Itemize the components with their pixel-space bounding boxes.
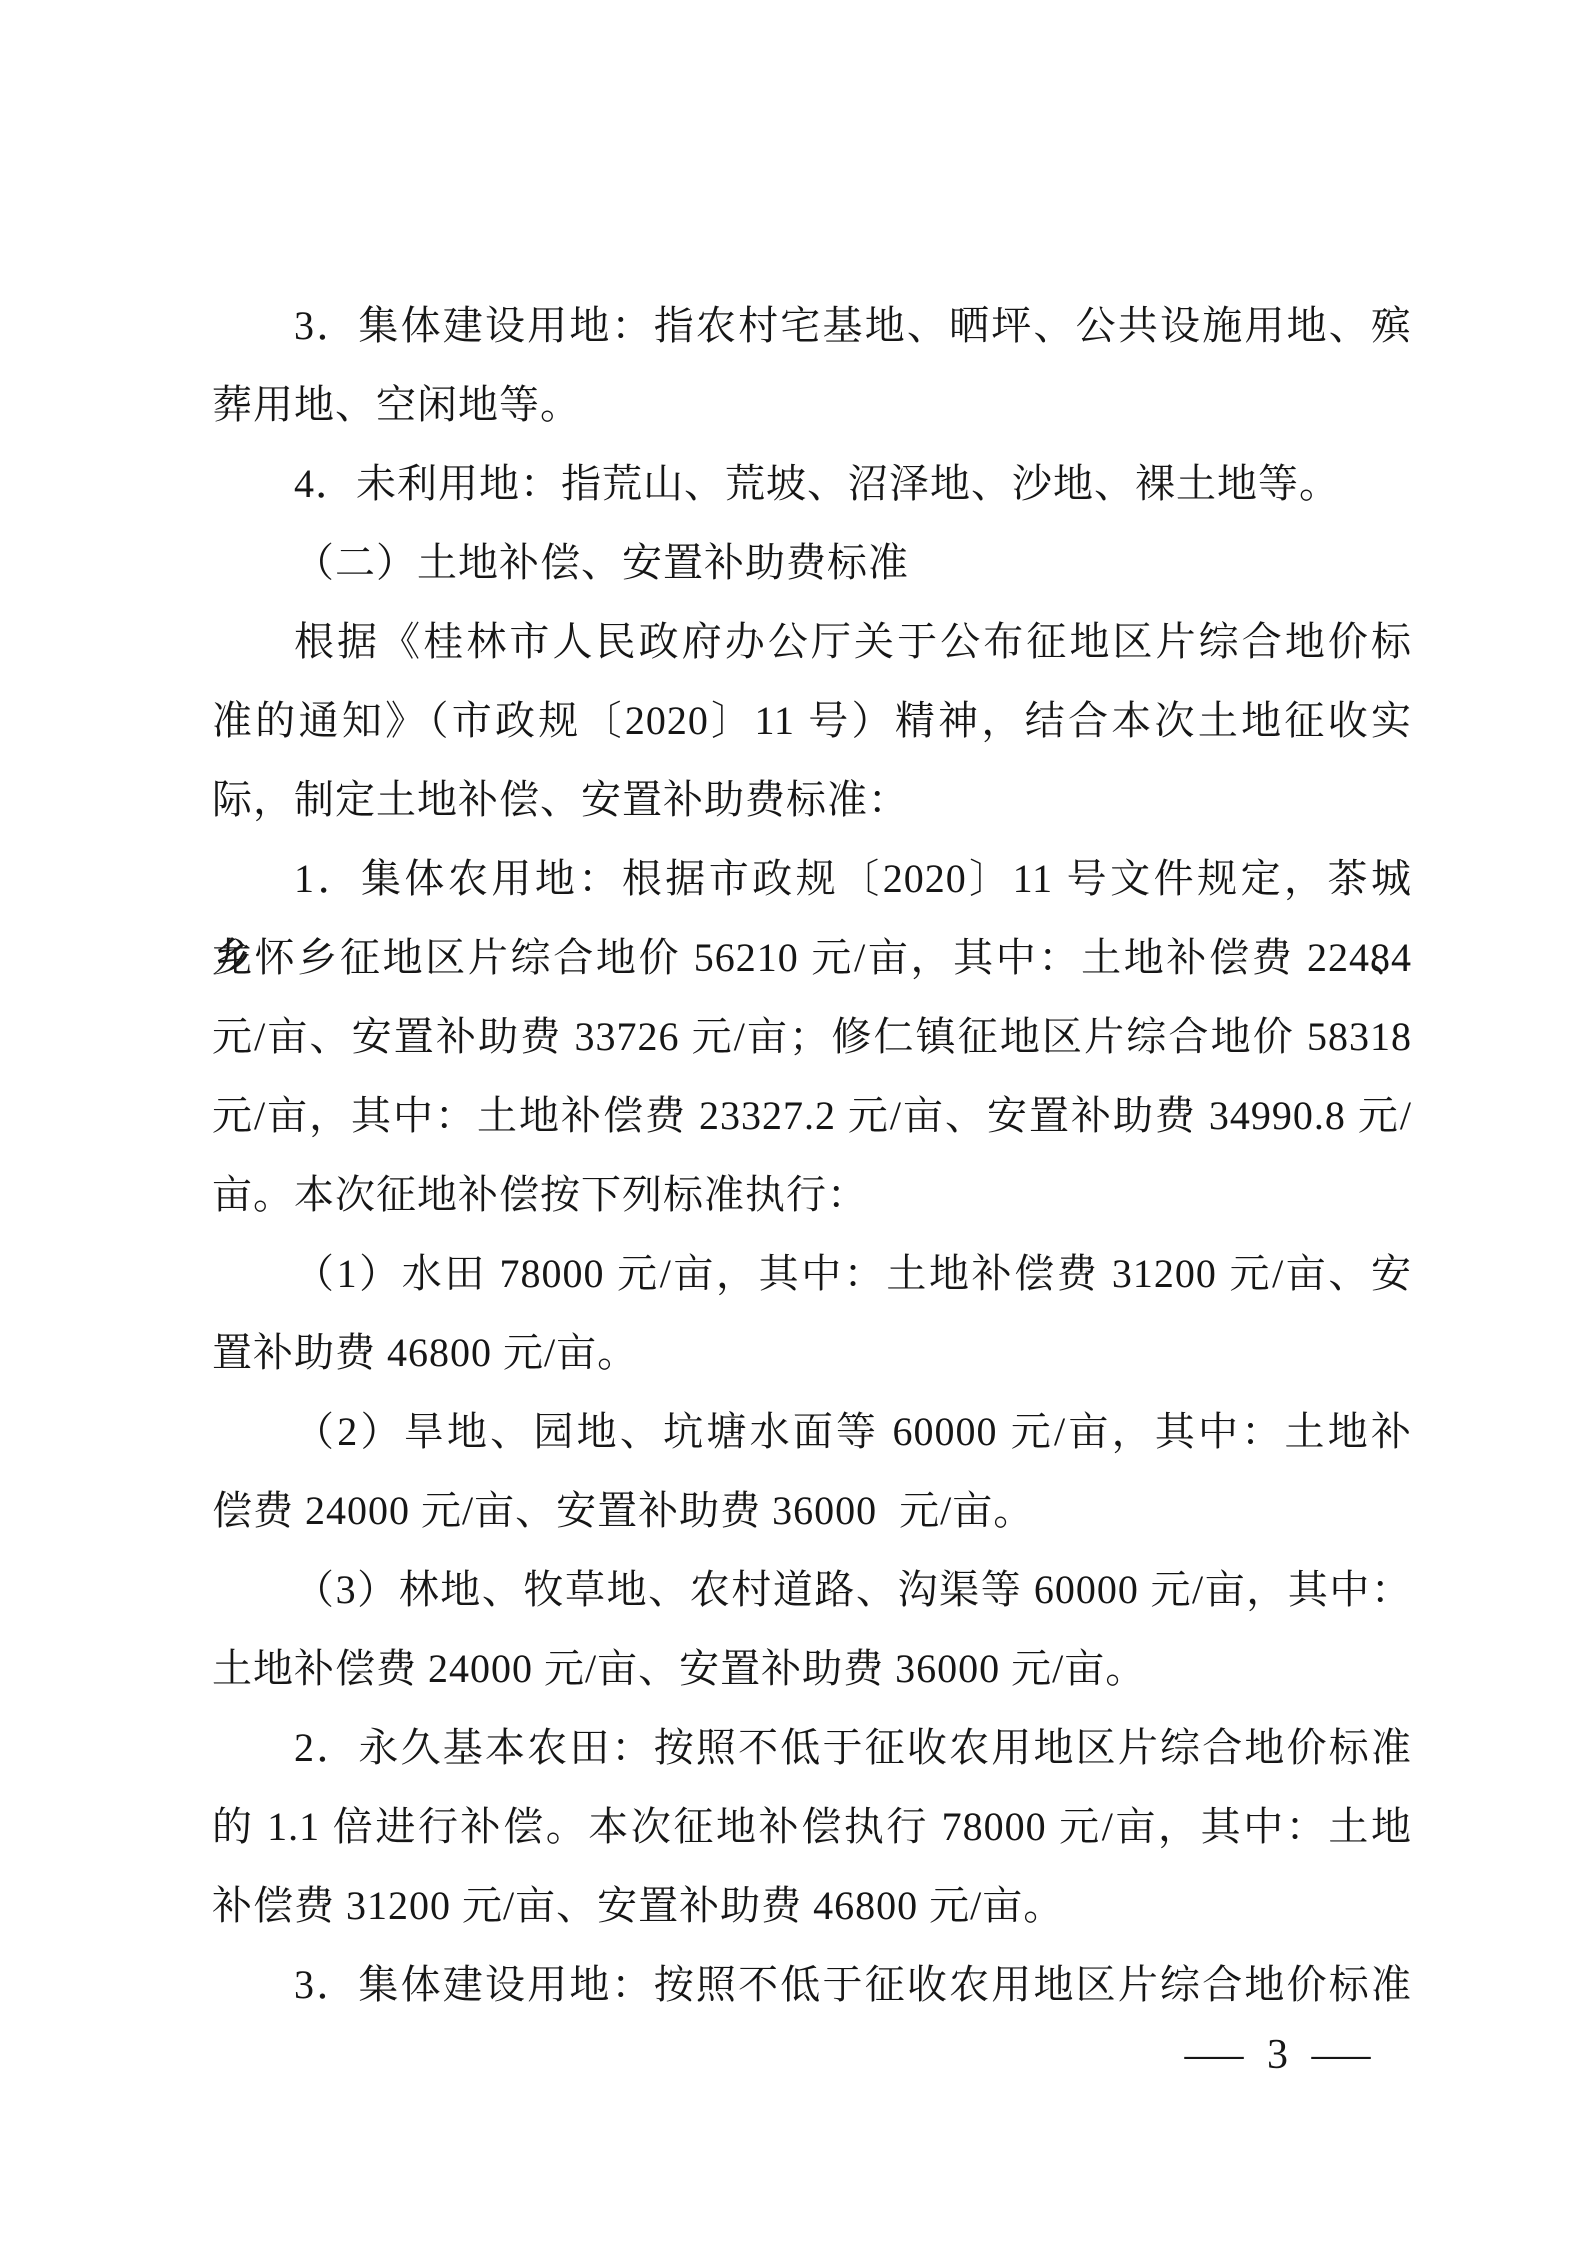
text-line: 补偿费 31200 元/亩、安置补助费 46800 元/亩。 [212, 1866, 1412, 1945]
text-line: 龙怀乡征地区片综合地价 56210 元/亩，其中：土地补偿费 22484 [212, 918, 1412, 997]
text-line: 元/亩，其中：土地补偿费 23327.2 元/亩、安置补助费 34990.8 元… [212, 1076, 1412, 1155]
footer-dash-right: — [1312, 2031, 1371, 2079]
text-line: 2．永久基本农田：按照不低于征收农用地区片综合地价标准 [212, 1708, 1412, 1787]
text-line: 准的通知》（市政规〔2020〕11 号）精神，结合本次土地征收实 [212, 681, 1412, 760]
footer-dash-left: — [1185, 2031, 1244, 2079]
text-line: 的 1.1 倍进行补偿。本次征地补偿执行 78000 元/亩，其中：土地 [212, 1787, 1412, 1866]
text-line: （2）旱地、园地、坑塘水面等 60000 元/亩，其中：土地补 [212, 1392, 1412, 1471]
text-line: 3．集体建设用地：指农村宅基地、晒坪、公共设施用地、殡 [212, 286, 1412, 365]
text-line: 葬用地、空闲地等。 [212, 365, 1412, 444]
page-number: 3 [1267, 2031, 1288, 2079]
text-line: （1）水田 78000 元/亩，其中：土地补偿费 31200 元/亩、安 [212, 1234, 1412, 1313]
text-line: 根据《桂林市人民政府办公厅关于公布征地区片综合地价标 [212, 602, 1412, 681]
text-line: 3．集体建设用地：按照不低于征收农用地区片综合地价标准 [212, 1945, 1412, 2024]
page-footer: — 3 — [1193, 2030, 1362, 2080]
text-lines: 3．集体建设用地：指农村宅基地、晒坪、公共设施用地、殡葬用地、空闲地等。4．未利… [212, 286, 1412, 2024]
text-line: 1．集体农用地：根据市政规〔2020〕11 号文件规定，茶城乡、 [212, 839, 1412, 918]
text-line: 土地补偿费 24000 元/亩、安置补助费 36000 元/亩。 [212, 1629, 1412, 1708]
text-line: （二）土地补偿、安置补助费标准 [212, 523, 1412, 602]
text-line: 4．未利用地：指荒山、荒坡、沼泽地、沙地、裸土地等。 [212, 444, 1412, 523]
text-line: 际，制定土地补偿、安置补助费标准： [212, 760, 1412, 839]
text-line: （3）林地、牧草地、农村道路、沟渠等 60000 元/亩，其中： [212, 1550, 1412, 1629]
text-line: 置补助费 46800 元/亩。 [212, 1313, 1412, 1392]
document-page: 3．集体建设用地：指农村宅基地、晒坪、公共设施用地、殡葬用地、空闲地等。4．未利… [0, 0, 1587, 2245]
text-line: 元/亩、安置补助费 33726 元/亩；修仁镇征地区片综合地价 58318 [212, 997, 1412, 1076]
text-line: 亩。本次征地补偿按下列标准执行： [212, 1155, 1412, 1234]
text-line: 偿费 24000 元/亩、安置补助费 36000 元/亩。 [212, 1471, 1412, 1550]
